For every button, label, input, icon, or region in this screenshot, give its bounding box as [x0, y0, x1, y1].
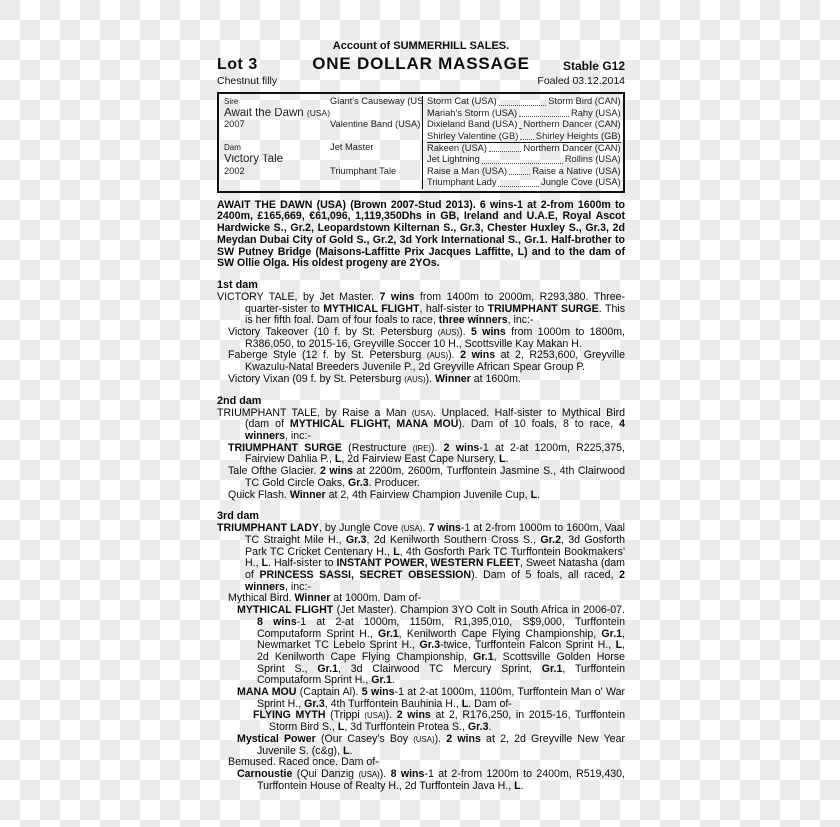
transparent-checkerboard-background: Account of SUMMERHILL SALES. Lot 3 ONE D… — [0, 0, 840, 827]
dotted-leader — [519, 128, 521, 129]
ancestor-row: Triumphant LadyJungle Cove (USA) — [427, 177, 621, 189]
sire-label: Sire — [224, 96, 330, 108]
third-dam-section: 3rd dam TRIUMPHANT LADY, by Jungle Cove … — [217, 510, 625, 792]
foaled-date: Foaled 03.12.2014 — [537, 75, 625, 88]
ancestor-row: Dixieland Band (USA)Northern Dancer (CAN… — [427, 119, 621, 131]
ancestor-row: Rakeen (USA)Northern Dancer (CAN) — [427, 142, 621, 154]
progeny-entry: Faberge Style (12 f. by St. Petersburg (… — [217, 350, 625, 373]
section-heading: 1st dam — [217, 279, 625, 291]
pedigree-column-parents: Sire Await the Dawn (USA) 2007 Dam Victo… — [219, 96, 330, 189]
ancestor-row: Jet LightningRollins (USA) — [427, 154, 621, 166]
progeny-entry: MYTHICAL FLIGHT (Jet Master). Champion 3… — [217, 605, 625, 687]
sire-name: Await the Dawn (USA) — [224, 108, 330, 120]
dam-paragraph: TRIUMPHANT TALE, by Raise a Man (USA). U… — [217, 408, 625, 443]
horse-description: Chestnut filly — [217, 75, 277, 88]
sire-year: 2007 — [224, 119, 330, 131]
horse-name-title: ONE DOLLAR MASSAGE — [309, 54, 533, 74]
sire-granddam: Valentine Band (USA) — [330, 119, 422, 131]
dotted-leader — [498, 186, 539, 187]
dotted-leader — [519, 116, 569, 117]
catalogue-page: Account of SUMMERHILL SALES. Lot 3 ONE D… — [217, 40, 625, 792]
dotted-leader — [482, 163, 563, 164]
dotted-leader — [499, 105, 547, 106]
progeny-entry: Tale Ofthe Glacier. 2 wins at 2200m, 260… — [217, 466, 625, 489]
progeny-entry: Quick Flash. Winner at 2, 4th Fairview C… — [217, 490, 625, 502]
dam-year: 2002 — [224, 166, 330, 178]
progeny-entry: TRIUMPHANT SURGE (Restructure (IRE)). 2 … — [217, 443, 625, 466]
progeny-entry: Victory Vixan (09 f. by St. Petersburg (… — [217, 374, 625, 386]
dam-label: Dam — [224, 142, 330, 154]
pedigree-column-ancestors: Storm Cat (USA)Storm Bird (CAN) Mariah's… — [422, 96, 625, 189]
progeny-entry: Carnoustie (Qui Danzig (USA)). 8 wins-1 … — [217, 769, 625, 792]
lot-number: Lot 3 — [217, 56, 309, 74]
ancestor-row: Raise a Man (USA)Raise a Native (USA) — [427, 166, 621, 178]
second-dam-section: 2nd dam TRIUMPHANT TALE, by Raise a Man … — [217, 395, 625, 502]
dam-paragraph: VICTORY TALE, by Jet Master. 7 wins from… — [217, 292, 625, 327]
pedigree-column-grandparents: Giant's Causeway (USA) Valentine Band (U… — [330, 96, 422, 189]
dam-name: Victory Tale — [224, 154, 330, 166]
progeny-entry: Mystical Power (Our Casey's Boy (USA)). … — [217, 734, 625, 757]
progeny-entry: MANA MOU (Captain Al). 5 wins-1 at 2-at … — [217, 687, 625, 710]
subtitle-row: Chestnut filly Foaled 03.12.2014 — [217, 75, 625, 88]
section-heading: 3rd dam — [217, 510, 625, 522]
stable-number: Stable G12 — [533, 59, 625, 74]
ancestor-row: Shirley Valentine (GB)Shirley Heights (G… — [427, 131, 621, 143]
dam-grandsire: Jet Master — [330, 142, 422, 154]
dotted-leader — [520, 139, 534, 140]
account-line: Account of SUMMERHILL SALES. — [217, 40, 625, 52]
progeny-entry: Victory Takeover (10 f. by St. Petersbur… — [217, 327, 625, 350]
sire-grandsire: Giant's Causeway (USA) — [330, 96, 422, 108]
progeny-entry: FLYING MYTH (Trippi (USA)). 2 wins at 2,… — [217, 710, 625, 733]
dotted-leader — [489, 151, 522, 152]
dam-paragraph: TRIUMPHANT LADY, by Jungle Cove (USA). 7… — [217, 523, 625, 593]
section-heading: 2nd dam — [217, 395, 625, 407]
dam-granddam: Triumphant Tale — [330, 166, 422, 178]
ancestor-row: Mariah's Storm (USA)Rahy (USA) — [427, 108, 621, 120]
sire-summary-paragraph: AWAIT THE DAWN (USA) (Brown 2007-Stud 20… — [217, 200, 625, 270]
dotted-leader — [509, 174, 530, 175]
title-row: Lot 3 ONE DOLLAR MASSAGE Stable G12 — [217, 54, 625, 74]
sire-country: (USA) — [307, 108, 330, 120]
first-dam-section: 1st dam VICTORY TALE, by Jet Master. 7 w… — [217, 279, 625, 386]
pedigree-table: Sire Await the Dawn (USA) 2007 Dam Victo… — [217, 92, 625, 193]
ancestor-row: Storm Cat (USA)Storm Bird (CAN) — [427, 96, 621, 108]
